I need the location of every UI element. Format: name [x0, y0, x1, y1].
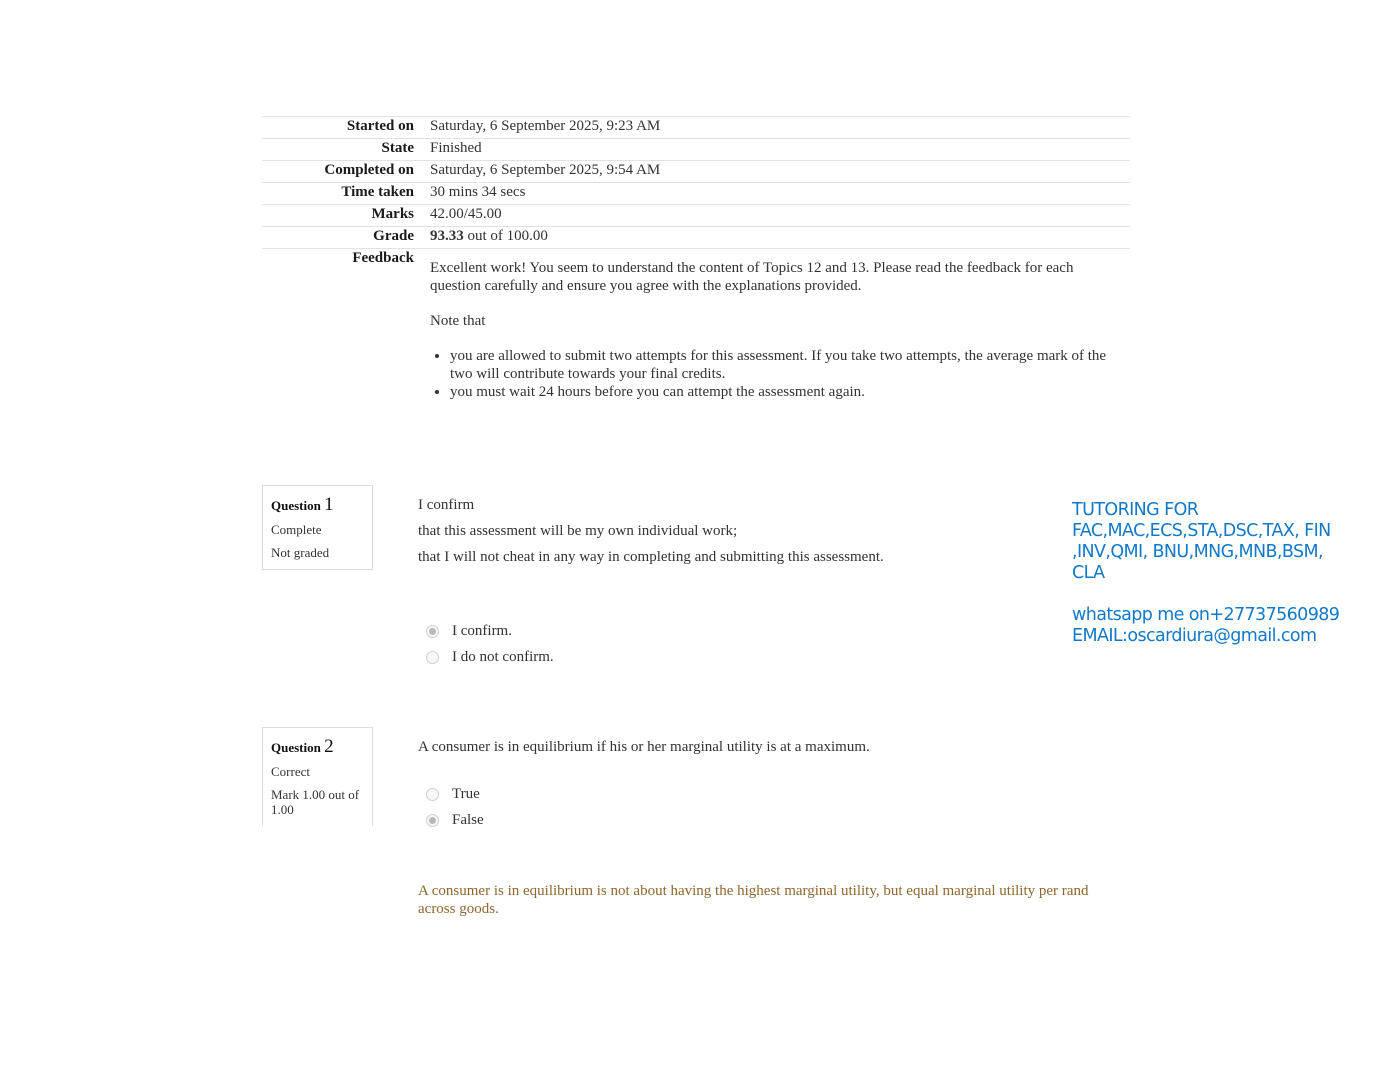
summary-row-marks: Marks 42.00/45.00	[262, 205, 1130, 227]
summary-value: Saturday, 6 September 2025, 9:54 AM	[430, 161, 1130, 183]
attempt-summary-table: Started on Saturday, 6 September 2025, 9…	[262, 116, 1130, 270]
question-1-info: Question 1 Complete Not graded	[262, 485, 373, 570]
advert-email: EMAIL:oscardiura@gmail.com	[1072, 626, 1372, 647]
grade-suffix: out of 100.00	[464, 228, 548, 244]
summary-label: Marks	[262, 205, 430, 227]
question-grade: Not graded	[271, 545, 364, 560]
answer-option-true[interactable]: True	[426, 781, 484, 807]
grade-score: 93.33	[430, 228, 464, 244]
feedback-list: you are allowed to submit two attempts f…	[430, 347, 1120, 401]
feedback-intro: Excellent work! You seem to understand t…	[430, 259, 1120, 295]
summary-label: State	[262, 139, 430, 161]
answer-label: I do not confirm.	[452, 649, 554, 666]
question-2-text: A consumer is in equilibrium if his or h…	[418, 738, 870, 764]
question-grade: Mark 1.00 out of 1.00	[271, 787, 364, 817]
advert-line: TUTORING FOR	[1072, 500, 1372, 521]
question-text-line: that I will not cheat in any way in comp…	[418, 548, 884, 566]
question-text-line: I confirm	[418, 496, 884, 514]
question-2-general-feedback: A consumer is in equilibrium is not abou…	[418, 882, 1118, 918]
summary-value: 93.33 out of 100.00	[430, 227, 1130, 249]
summary-row-state: State Finished	[262, 139, 1130, 161]
summary-label: Time taken	[262, 183, 430, 205]
feedback-bullet: you must wait 24 hours before you can at…	[450, 383, 1120, 401]
advert-line: ,INV,QMI, BNU,MNG,MNB,BSM,	[1072, 542, 1372, 563]
summary-row-started-on: Started on Saturday, 6 September 2025, 9…	[262, 117, 1130, 139]
summary-row-completed-on: Completed on Saturday, 6 September 2025,…	[262, 161, 1130, 183]
summary-label: Grade	[262, 227, 430, 249]
question-text-line: A consumer is in equilibrium if his or h…	[418, 738, 870, 756]
summary-label: Started on	[262, 117, 430, 139]
feedback-bullet: you are allowed to submit two attempts f…	[450, 347, 1120, 383]
answer-label: True	[452, 786, 480, 803]
advert-whatsapp: whatsapp me on+27737560989	[1072, 605, 1372, 626]
summary-value: Saturday, 6 September 2025, 9:23 AM	[430, 117, 1130, 139]
question-text-line: that this assessment will be my own indi…	[418, 522, 884, 540]
question-1-text: I confirm that this assessment will be m…	[418, 496, 884, 574]
feedback-note: Note that	[430, 312, 1120, 330]
question-number: Question 2	[271, 736, 364, 758]
radio-selected-icon[interactable]	[426, 814, 439, 827]
radio-unselected-icon[interactable]	[426, 788, 439, 801]
advert-line: FAC,MAC,ECS,STA,DSC,TAX, FIN	[1072, 521, 1372, 542]
overall-feedback: Excellent work! You seem to understand t…	[430, 259, 1120, 401]
question-state: Complete	[271, 522, 364, 537]
answer-option-do-not-confirm[interactable]: I do not confirm.	[426, 644, 554, 670]
question-number: Question 1	[271, 494, 364, 516]
summary-label: Completed on	[262, 161, 430, 183]
summary-value: 30 mins 34 secs	[430, 183, 1130, 205]
summary-row-grade: Grade 93.33 out of 100.00	[262, 227, 1130, 249]
answer-option-false[interactable]: False	[426, 807, 484, 833]
radio-unselected-icon[interactable]	[426, 651, 439, 664]
answer-label: I confirm.	[452, 623, 512, 640]
question-1-answers: I confirm. I do not confirm.	[426, 618, 554, 670]
question-2-answers: True False	[426, 781, 484, 833]
summary-row-time-taken: Time taken 30 mins 34 secs	[262, 183, 1130, 205]
radio-selected-icon[interactable]	[426, 625, 439, 638]
tutoring-advert: TUTORING FOR FAC,MAC,ECS,STA,DSC,TAX, FI…	[1072, 500, 1372, 647]
summary-value: Finished	[430, 139, 1130, 161]
summary-value: 42.00/45.00	[430, 205, 1130, 227]
answer-option-confirm[interactable]: I confirm.	[426, 618, 554, 644]
summary-label: Feedback	[262, 249, 430, 271]
advert-line: CLA	[1072, 563, 1372, 584]
question-2-info: Question 2 Correct Mark 1.00 out of 1.00	[262, 727, 373, 826]
question-state: Correct	[271, 764, 364, 779]
answer-label: False	[452, 812, 484, 829]
